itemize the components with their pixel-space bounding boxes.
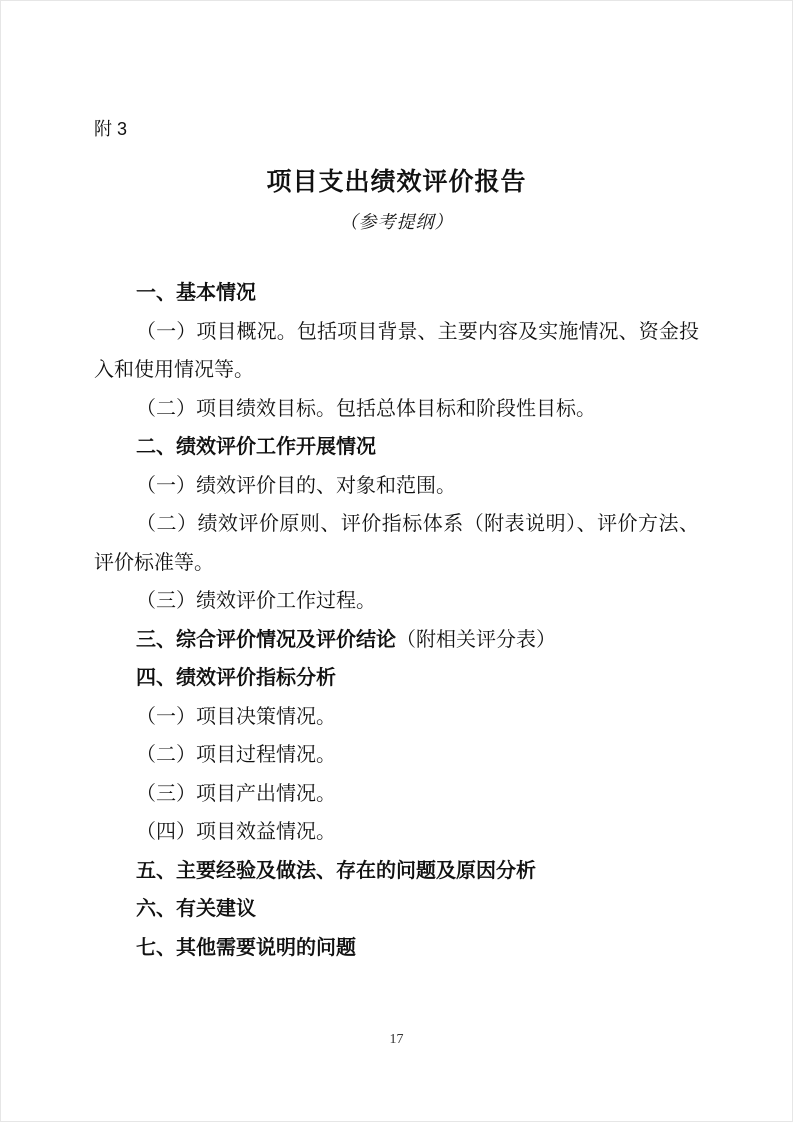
outline-paragraph: （二）项目绩效目标。包括总体目标和阶段性目标。 — [94, 390, 699, 429]
page-subtitle: （参考提纲） — [94, 210, 699, 234]
outline-item-text: 七、其他需要说明的问题 — [136, 937, 356, 959]
outline-paragraph: （二）项目过程情况。 — [94, 736, 699, 775]
page-number: 17 — [0, 1031, 793, 1049]
attachment-label: 附 3 — [94, 116, 699, 142]
outline-heading: 一、基本情况 — [94, 274, 699, 313]
outline-paragraph: （三）绩效评价工作过程。 — [94, 582, 699, 621]
outline-item-text: 四、绩效评价指标分析 — [136, 667, 336, 689]
outline-paragraph: （一）项目概况。包括项目背景、主要内容及实施情况、资金投入和使用情况等。 — [94, 313, 699, 390]
outline-paragraph: （二）绩效评价原则、评价指标体系（附表说明）、评价方法、评价标准等。 — [94, 505, 699, 582]
outline-heading: 六、有关建议 — [94, 890, 699, 929]
outline-paragraph: （一）项目决策情况。 — [94, 698, 699, 737]
outline-item-text: 二、绩效评价工作开展情况 — [136, 436, 376, 458]
page-title: 项目支出绩效评价报告 — [94, 168, 699, 198]
outline-item-text: （四）项目效益情况。 — [136, 821, 336, 843]
outline-heading: 二、绩效评价工作开展情况 — [94, 428, 699, 467]
outline-item-suffix: （附相关评分表） — [396, 629, 556, 651]
outline-heading: 七、其他需要说明的问题 — [94, 929, 699, 968]
outline-heading: 五、主要经验及做法、存在的问题及原因分析 — [94, 852, 699, 891]
outline-item-text: （一）项目概况。包括项目背景、主要内容及实施情况、资金投入和使用情况等。 — [94, 321, 699, 382]
outline-item-text: （一）项目决策情况。 — [136, 706, 336, 728]
outline-item-text: 一、基本情况 — [136, 282, 256, 304]
outline: 一、基本情况（一）项目概况。包括项目背景、主要内容及实施情况、资金投入和使用情况… — [94, 274, 699, 967]
outline-item-text: （二）绩效评价原则、评价指标体系（附表说明）、评价方法、评价标准等。 — [94, 513, 699, 574]
outline-paragraph: （三）项目产出情况。 — [94, 775, 699, 814]
outline-item-text: （一）绩效评价目的、对象和范围。 — [136, 475, 456, 497]
outline-item-text: （二）项目过程情况。 — [136, 744, 336, 766]
outline-item-text: （二）项目绩效目标。包括总体目标和阶段性目标。 — [136, 398, 596, 420]
document-page: 附 3 项目支出绩效评价报告 （参考提纲） 一、基本情况（一）项目概况。包括项目… — [0, 0, 793, 1122]
outline-paragraph: （一）绩效评价目的、对象和范围。 — [94, 467, 699, 506]
outline-item-text: 六、有关建议 — [136, 898, 256, 920]
outline-heading: 三、综合评价情况及评价结论（附相关评分表） — [94, 621, 699, 660]
outline-heading: 四、绩效评价指标分析 — [94, 659, 699, 698]
outline-item-text: 五、主要经验及做法、存在的问题及原因分析 — [136, 860, 536, 882]
outline-item-text: 三、综合评价情况及评价结论 — [136, 629, 396, 651]
outline-item-text: （三）绩效评价工作过程。 — [136, 590, 376, 612]
document-content: 附 3 项目支出绩效评价报告 （参考提纲） 一、基本情况（一）项目概况。包括项目… — [0, 116, 793, 967]
outline-item-text: （三）项目产出情况。 — [136, 783, 336, 805]
outline-paragraph: （四）项目效益情况。 — [94, 813, 699, 852]
